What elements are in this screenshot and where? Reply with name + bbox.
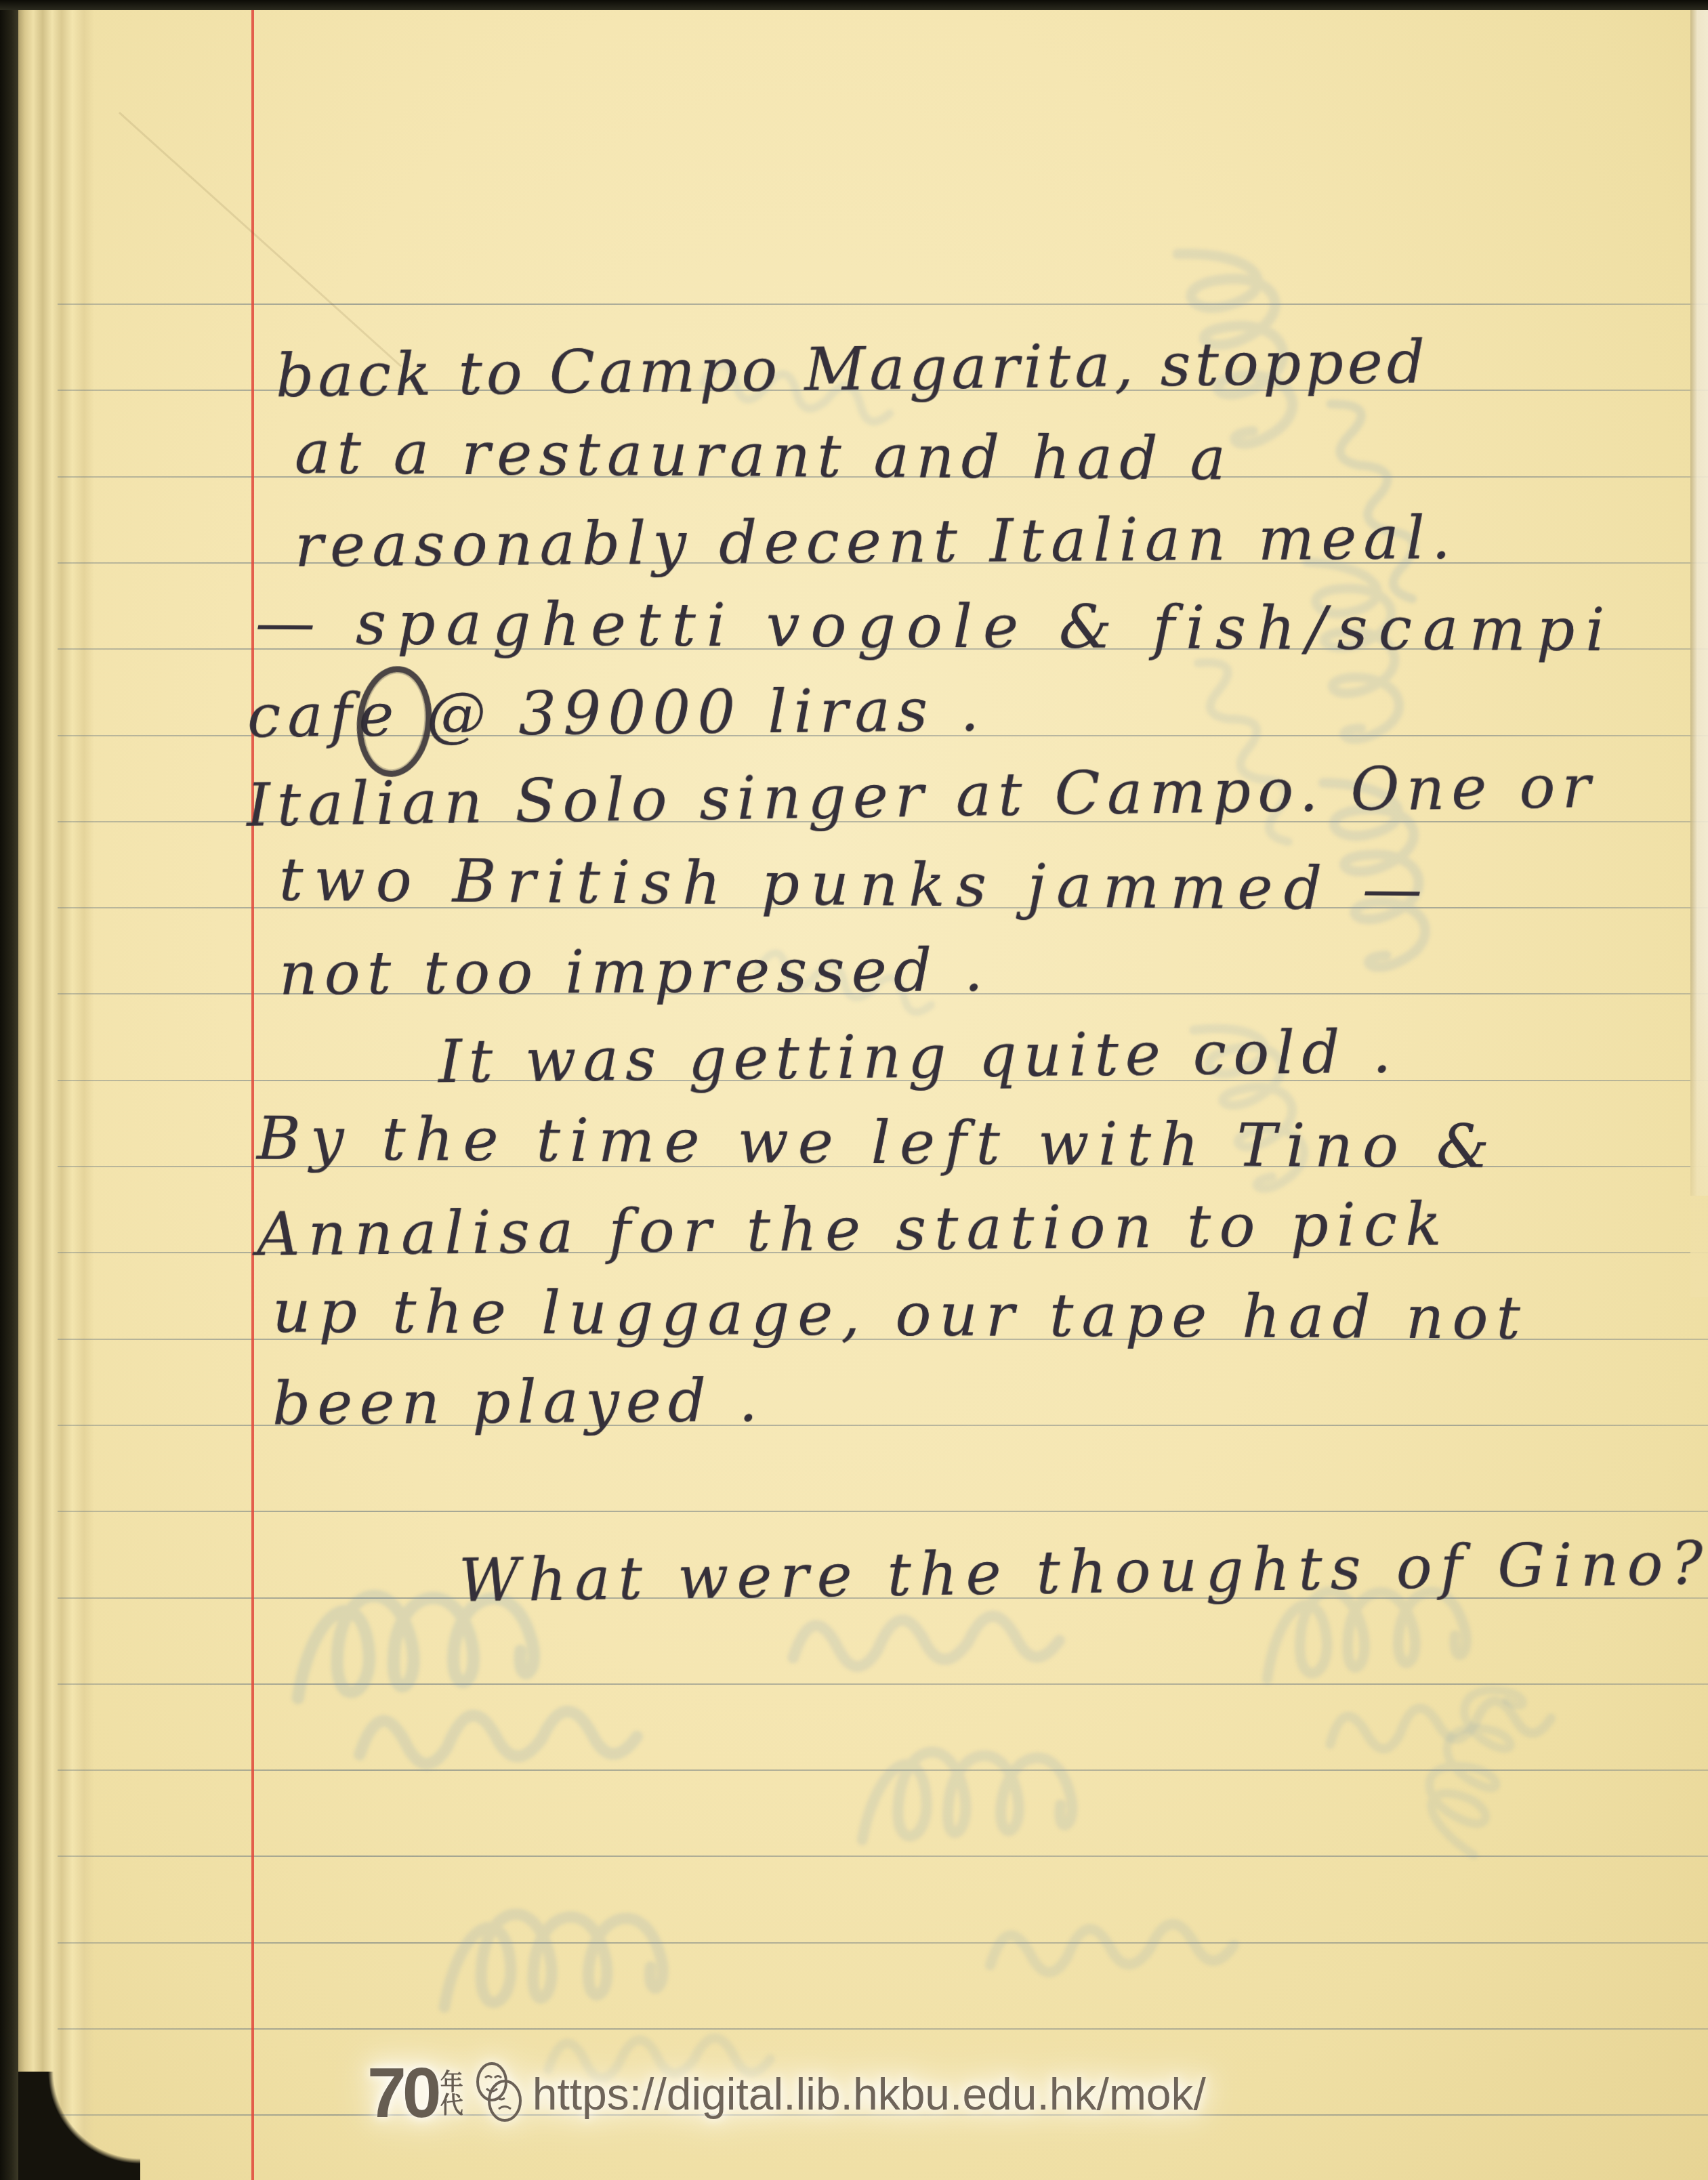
rounded-page-corner-shadow: [18, 2072, 140, 2180]
mask-logo-icon: [474, 2061, 524, 2126]
handwritten-line-11: Annalisa for the station to pick: [257, 1192, 1450, 1267]
handwritten-line-9: It was getting quite cold .: [438, 1020, 1398, 1095]
book-binding-edge: [0, 0, 18, 2180]
library-watermark: 70 年代 https://digital.lib.hkbu.edu: [367, 2061, 1206, 2126]
handwritten-line-4: — spaghetti vogole & fish/scampi: [255, 591, 1616, 663]
handwritten-line-13: been played .: [272, 1368, 765, 1437]
seventies-logo-number: 70: [367, 2062, 438, 2126]
watermark-url: https://digital.lib.hkbu.edu.hk/mok/: [533, 2068, 1206, 2120]
handwritten-line-10: By the time we left with Tino &: [257, 1106, 1499, 1181]
paper-page: back to Campo Magarita, stopped at a res…: [18, 10, 1708, 2180]
underlying-page-edge-fade: [1690, 959, 1708, 1297]
handwritten-line-2: at a restaurant and had a: [295, 420, 1233, 492]
handwritten-line-7: two British punks jammed —: [279, 847, 1434, 923]
seventies-logo: 70 年代: [367, 2062, 465, 2126]
seventies-logo-cjk: 年代: [440, 2071, 465, 2117]
handwritten-line-8: not too impressed .: [279, 938, 991, 1007]
handwritten-line-12: up the luggage, our tape had not: [272, 1279, 1528, 1351]
notebook-page-scan: back to Campo Magarita, stopped at a res…: [0, 0, 1708, 2180]
scan-top-edge: [0, 0, 1708, 10]
handwritten-line-3: reasonably decent Italian meal.: [295, 505, 1458, 579]
handwritten-line-1: back to Campo Magarita, stopped: [275, 330, 1429, 410]
